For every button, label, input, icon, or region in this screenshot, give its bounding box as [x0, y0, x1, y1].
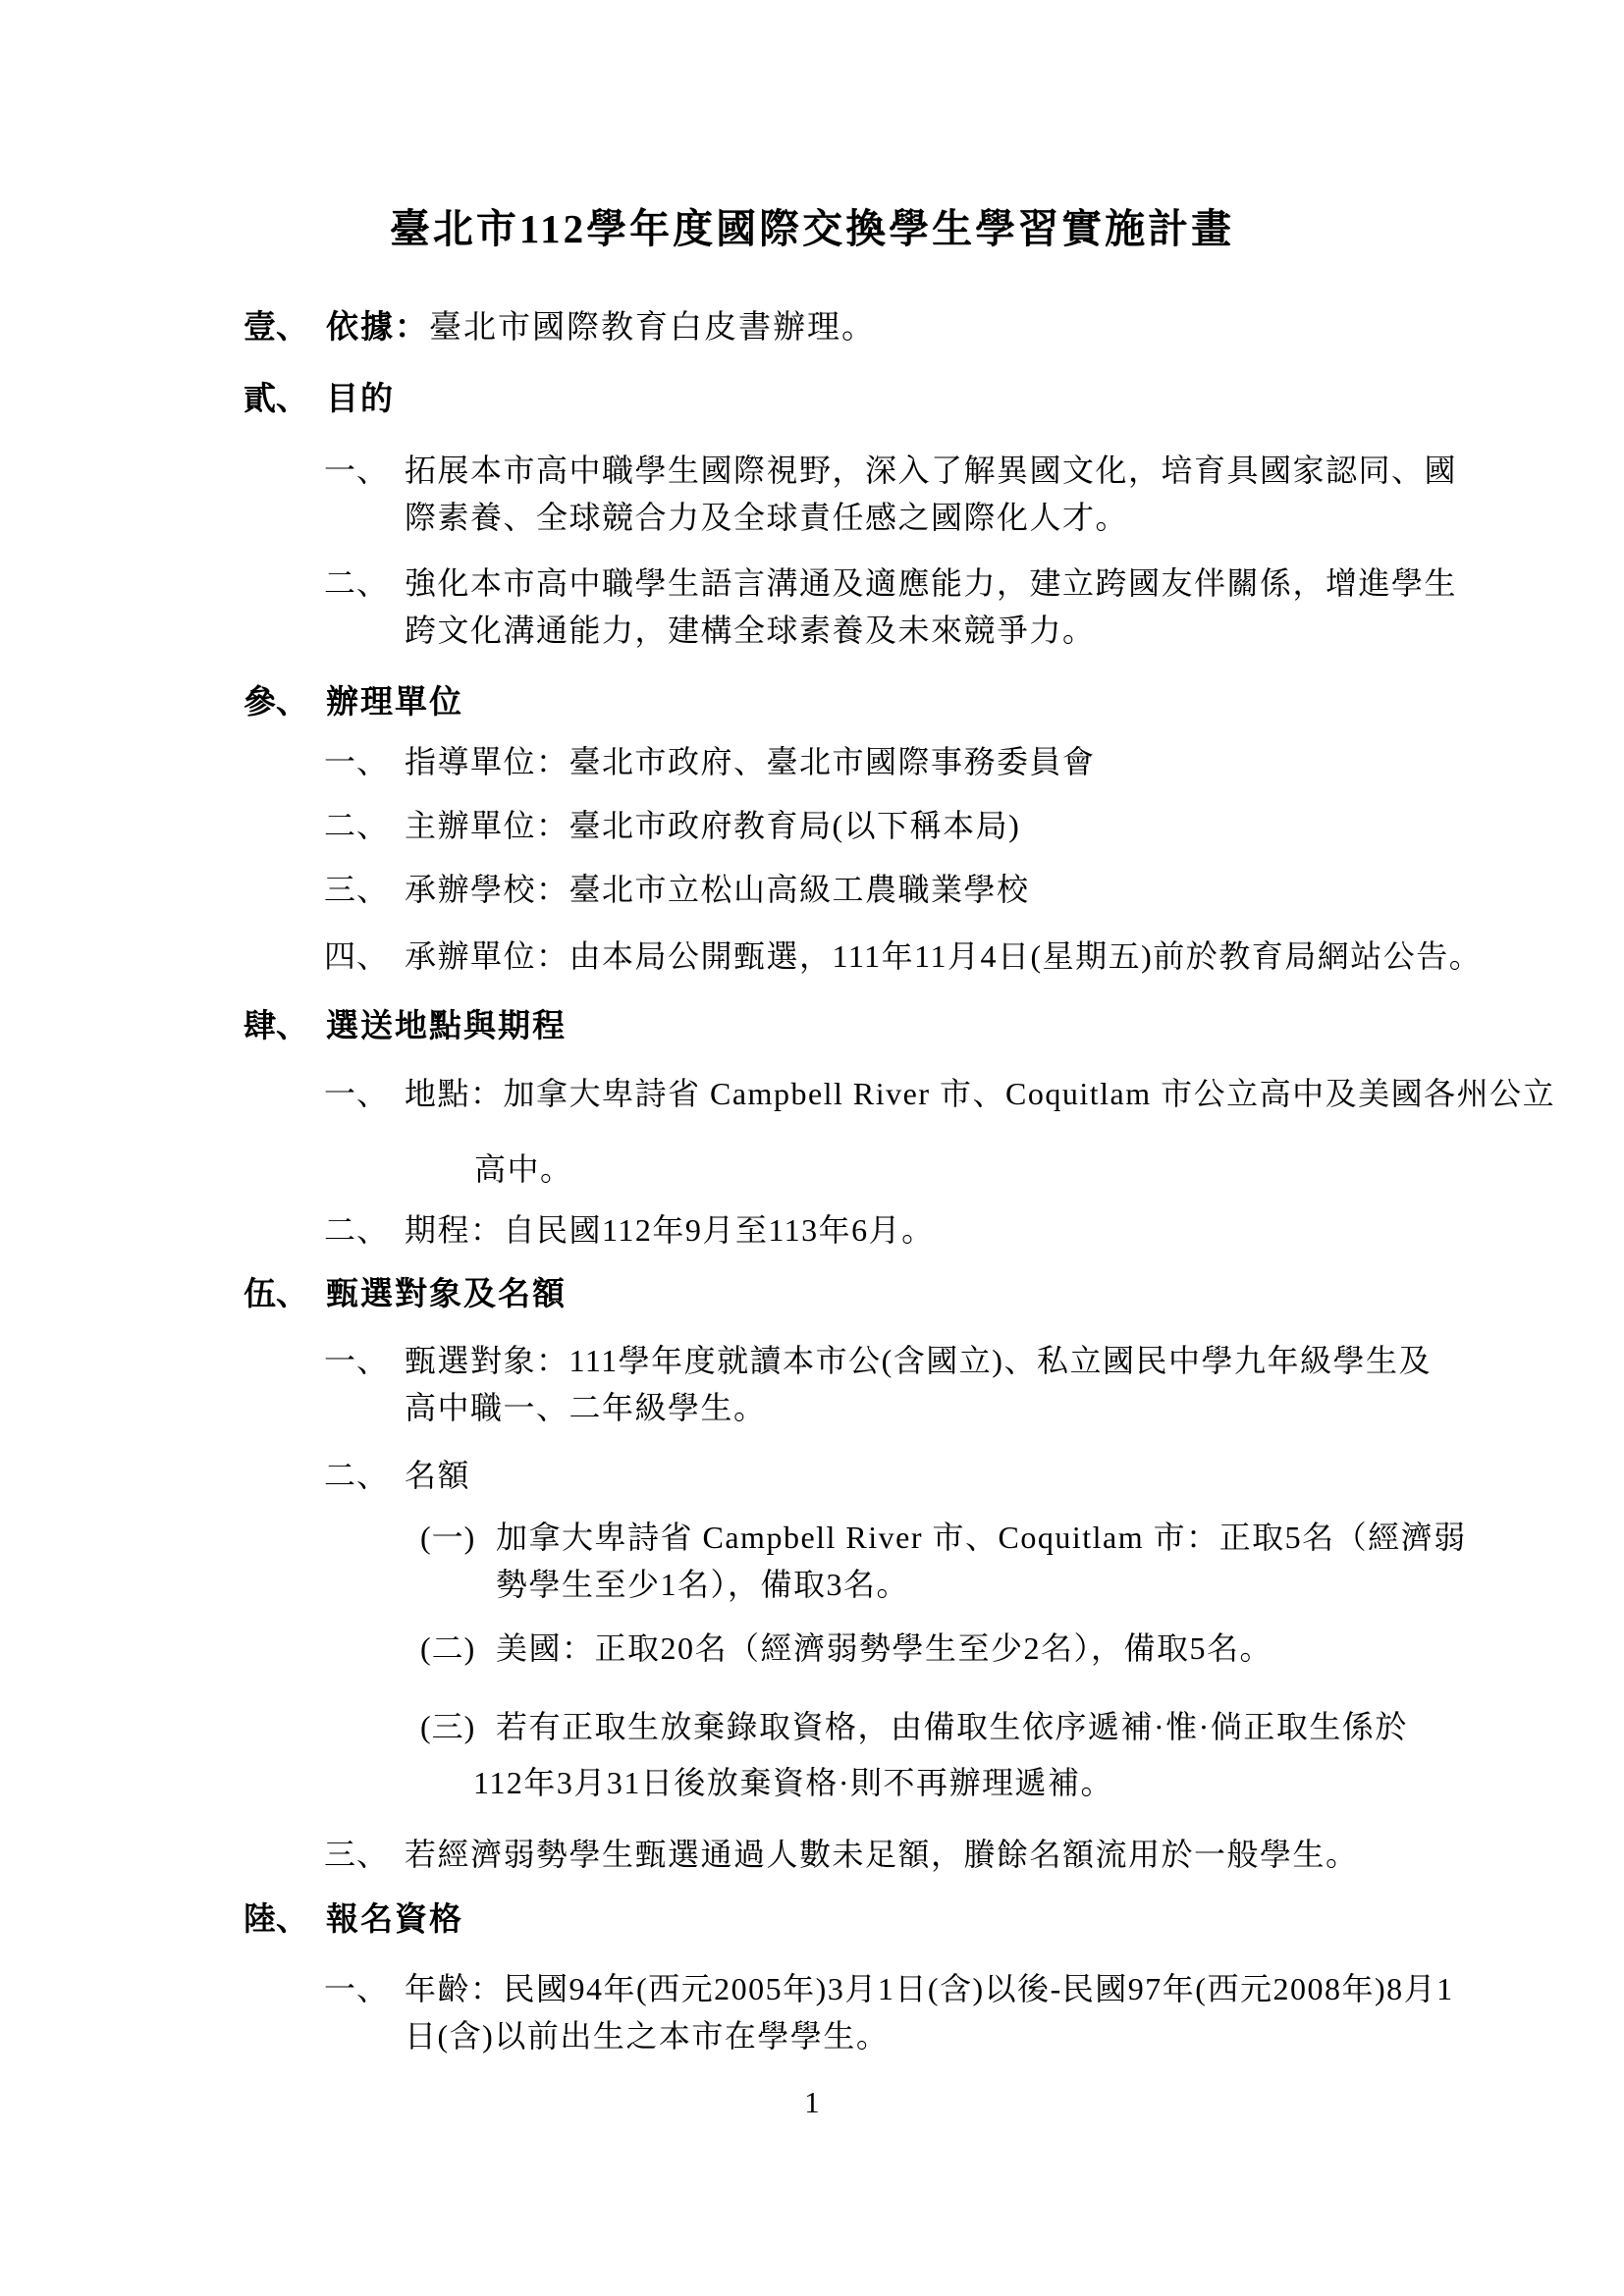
item-line: 際素養、全球競合力及全球責任感之國際化人才。 — [405, 494, 1457, 541]
item-line: 承辦單位：由本局公開甄選，111年11月4日(星期五)前於教育局網站公告。 — [405, 933, 1482, 980]
item-number: 二、 — [324, 1206, 389, 1254]
section-heading-2: 貳、目的 — [244, 376, 395, 423]
section-heading-1: 壹、依據：臺北市國際教育白皮書辦理。 — [244, 304, 876, 351]
item-number: (三) — [420, 1703, 475, 1750]
section-title: 依據： — [326, 310, 429, 346]
list-item: 四、 承辦單位：由本局公開甄選，111年11月4日(星期五)前於教育局網站公告。 — [324, 933, 1482, 980]
item-number: (二) — [420, 1625, 475, 1672]
item-line: 地點：加拿大卑詩省 Campbell River 市、Coquitlam 市公立… — [405, 1070, 1555, 1117]
section-number: 貳、 — [244, 376, 326, 423]
section-number: 陸、 — [244, 1896, 326, 1944]
item-line: 期程：自民國112年9月至113年6月。 — [405, 1206, 935, 1254]
item-number: 二、 — [324, 802, 389, 849]
section-text: 臺北市國際教育白皮書辦理。 — [429, 310, 876, 346]
item-number: (一) — [420, 1514, 475, 1561]
item-number: 一、 — [324, 1070, 389, 1117]
sub-list-item: (一) 加拿大卑詩省 Campbell River 市、Coquitlam 市：… — [420, 1514, 1467, 1608]
list-item: 一、 地點：加拿大卑詩省 Campbell River 市、Coquitlam … — [324, 1070, 1555, 1193]
section-title: 選送地點與期程 — [326, 1009, 567, 1044]
item-number: 一、 — [324, 1337, 389, 1384]
item-line: 名額 — [405, 1452, 470, 1499]
sub-list-item: (三) 若有正取生放棄錄取資格，由備取生依序遞補·惟·倘正取生係於 112年3月… — [420, 1703, 1408, 1806]
list-item: 二、 期程：自民國112年9月至113年6月。 — [324, 1206, 935, 1254]
section-title: 甄選對象及名額 — [326, 1277, 567, 1312]
item-number: 三、 — [324, 866, 389, 913]
item-line: 美國：正取20名（經濟弱勢學生至少2名），備取5名。 — [496, 1625, 1272, 1672]
section-number: 壹、 — [244, 304, 326, 351]
list-item: 二、 主辦單位：臺北市政府教育局(以下稱本局) — [324, 802, 1020, 849]
item-line: 若經濟弱勢學生甄選通過人數未足額，賸餘名額流用於一般學生。 — [405, 1831, 1359, 1878]
section-title: 報名資格 — [326, 1902, 463, 1938]
section-number: 肆、 — [244, 1003, 326, 1050]
list-item: 一、 拓展本市高中職學生國際視野，深入了解異國文化，培育具國家認同、國 際素養、… — [324, 447, 1457, 541]
list-item: 一、 甄選對象：111學年度就讀本市公(含國立)、私立國民中學九年級學生及 高中… — [324, 1337, 1432, 1431]
item-number: 四、 — [324, 933, 389, 980]
item-line: 強化本市高中職學生語言溝通及適應能力，建立跨國友伴關係，增進學生 — [405, 560, 1457, 607]
section-number: 參、 — [244, 679, 326, 726]
item-line: 加拿大卑詩省 Campbell River 市、Coquitlam 市：正取5名… — [496, 1514, 1467, 1561]
item-number: 一、 — [324, 447, 389, 494]
item-line: 若有正取生放棄錄取資格，由備取生依序遞補·惟·倘正取生係於 — [496, 1703, 1408, 1750]
item-line: 年齡：民國94年(西元2005年)3月1日(含)以後-民國97年(西元2008年… — [405, 1965, 1454, 2012]
section-heading-6: 陸、報名資格 — [244, 1896, 463, 1944]
section-heading-5: 伍、甄選對象及名額 — [244, 1271, 567, 1318]
item-line: 日(含)以前出生之本市在學學生。 — [405, 2012, 1454, 2059]
section-heading-4: 肆、選送地點與期程 — [244, 1003, 567, 1050]
item-line: 甄選對象：111學年度就讀本市公(含國立)、私立國民中學九年級學生及 — [405, 1337, 1432, 1384]
item-number: 一、 — [324, 738, 389, 785]
item-number: 一、 — [324, 1965, 389, 2012]
list-item: 三、 若經濟弱勢學生甄選通過人數未足額，賸餘名額流用於一般學生。 — [324, 1831, 1359, 1878]
item-line: 勢學生至少1名），備取3名。 — [496, 1561, 1467, 1608]
list-item: 二、 名額 — [324, 1452, 470, 1499]
list-item: 一、 年齡：民國94年(西元2005年)3月1日(含)以後-民國97年(西元20… — [324, 1965, 1454, 2059]
item-line: 112年3月31日後放棄資格·則不再辦理遞補。 — [473, 1759, 1408, 1806]
item-line: 主辦單位：臺北市政府教育局(以下稱本局) — [405, 802, 1020, 849]
section-title: 辦理單位 — [326, 685, 463, 721]
item-line: 跨文化溝通能力，建構全球素養及未來競爭力。 — [405, 607, 1457, 654]
item-number: 三、 — [324, 1831, 389, 1878]
document-page: 臺北市112學年度國際交換學生學習實施計畫 壹、依據：臺北市國際教育白皮書辦理。… — [0, 0, 1624, 2296]
page-number: 1 — [0, 2085, 1624, 2120]
section-heading-3: 參、辦理單位 — [244, 679, 463, 726]
item-number: 二、 — [324, 1452, 389, 1499]
item-line: 承辦學校：臺北市立松山高級工農職業學校 — [405, 866, 1030, 913]
section-title: 目的 — [326, 382, 395, 417]
item-line: 高中職一、二年級學生。 — [405, 1384, 1432, 1431]
item-line: 拓展本市高中職學生國際視野，深入了解異國文化，培育具國家認同、國 — [405, 447, 1457, 494]
list-item: 二、 強化本市高中職學生語言溝通及適應能力，建立跨國友伴關係，增進學生 跨文化溝… — [324, 560, 1457, 654]
item-line: 高中。 — [474, 1146, 1555, 1193]
section-number: 伍、 — [244, 1271, 326, 1318]
sub-list-item: (二) 美國：正取20名（經濟弱勢學生至少2名），備取5名。 — [420, 1625, 1272, 1672]
item-number: 二、 — [324, 560, 389, 607]
list-item: 一、 指導單位：臺北市政府、臺北市國際事務委員會 — [324, 738, 1096, 785]
page-title: 臺北市112學年度國際交換學生學習實施計畫 — [0, 196, 1624, 254]
list-item: 三、 承辦學校：臺北市立松山高級工農職業學校 — [324, 866, 1030, 913]
item-line: 指導單位：臺北市政府、臺北市國際事務委員會 — [405, 738, 1096, 785]
